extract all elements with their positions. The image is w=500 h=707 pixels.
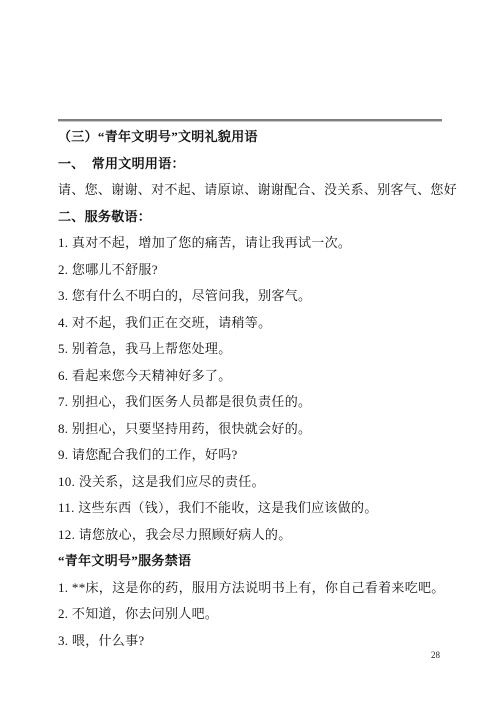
document-page: （三）“青年文明号”文明礼貌用语 一、 常用文明用语： 请、您、谢谢、对不起、请… (0, 0, 500, 707)
honorific-item: 6. 看起来您今天精神好多了。 (58, 363, 444, 390)
honorific-item: 12. 请您放心，我会尽力照顾好病人的。 (58, 522, 444, 549)
honorific-item: 9. 请您配合我们的工作，好吗? (58, 442, 444, 469)
taboo-item: 3. 喂，什么事? (58, 628, 444, 655)
section-common-heading: 一、 常用文明用语： (58, 151, 444, 178)
page-number: 28 (431, 650, 440, 660)
honorific-item: 1. 真对不起，增加了您的痛苦，请让我再试一次。 (58, 230, 444, 257)
page-content: （三）“青年文明号”文明礼貌用语 一、 常用文明用语： 请、您、谢谢、对不起、请… (58, 124, 444, 654)
honorific-item: 2. 您哪儿不舒服? (58, 257, 444, 284)
honorific-item: 3. 您有什么不明白的，尽管问我，别客气。 (58, 283, 444, 310)
honorific-item: 8. 别担心，只要坚持用药，很快就会好的。 (58, 416, 444, 443)
honorific-item: 5. 别着急，我马上帮您处理。 (58, 336, 444, 363)
taboo-item: 2. 不知道，你去问别人吧。 (58, 601, 444, 628)
header-rule-divider (58, 119, 442, 122)
section-taboo-heading: “青年文明号”服务禁语 (58, 548, 444, 575)
doc-title: （三）“青年文明号”文明礼貌用语 (58, 124, 444, 151)
honorific-item: 4. 对不起，我们正在交班，请稍等。 (58, 310, 444, 337)
honorific-item: 7. 别担心，我们医务人员都是很负责任的。 (58, 389, 444, 416)
taboo-item: 1. **床，这是你的药，服用方法说明书上有，你自己看着来吃吧。 (58, 575, 444, 602)
honorific-item: 10. 没关系，这是我们应尽的责任。 (58, 469, 444, 496)
honorific-item: 11. 这些东西（钱），我们不能收，这是我们应该做的。 (58, 495, 444, 522)
section-honorifics-heading: 二、服务敬语： (58, 204, 444, 231)
common-phrases-line: 请、您、谢谢、对不起、请原谅、谢谢配合、没关系、别客气、您好 (58, 177, 444, 204)
